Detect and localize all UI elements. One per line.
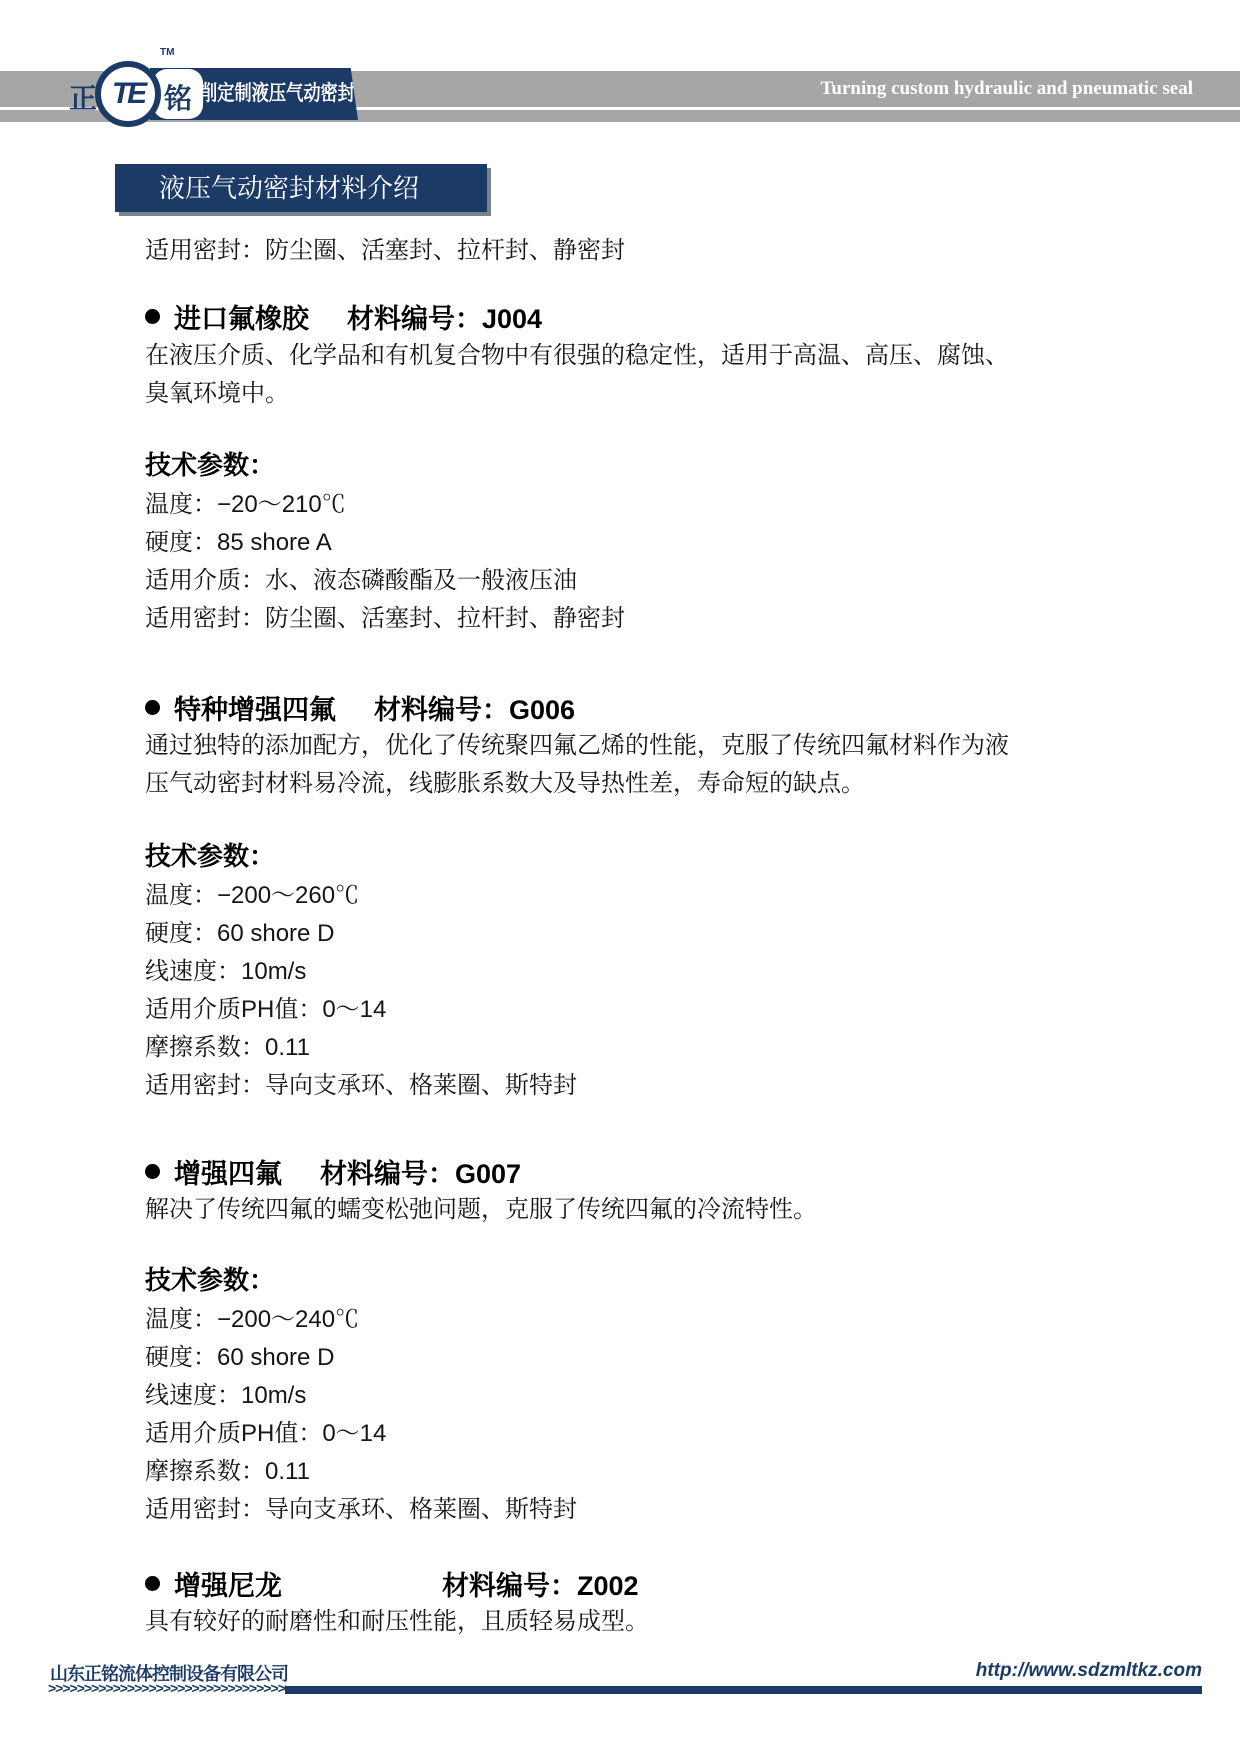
- desc-line: 具有较好的耐磨性和耐压性能，且质轻易成型。: [145, 1607, 649, 1637]
- param-line: 适用密封：导向支承环、格莱圈、斯特封: [145, 1071, 577, 1101]
- footer-rule-bar: [285, 1686, 1202, 1694]
- company-logo-icon: TE: [95, 61, 161, 127]
- page-title: 液压气动密封材料介绍: [115, 164, 487, 212]
- desc-line: 压气动密封材料易冷流，线膨胀系数大及导热性差，寿命短的缺点。: [145, 769, 865, 799]
- params-title: 技术参数：: [145, 450, 275, 480]
- section-heading: 增强四氟 材料编号：G007: [145, 1152, 521, 1191]
- desc-line: 通过独特的添加配方，优化了传统聚四氟乙烯的性能，克服了传统四氟材料作为液: [145, 731, 1009, 761]
- param-line: 温度：−200～260℃: [145, 881, 359, 911]
- material-code: 材料编号：G007: [320, 1152, 521, 1191]
- param-line: 硬度：60 shore D: [145, 1343, 334, 1373]
- param-line: 线速度：10m/s: [145, 1381, 306, 1411]
- section-heading: 增强尼龙 材料编号：Z002: [145, 1564, 639, 1603]
- desc-line: 臭氧环境中。: [145, 379, 289, 409]
- material-code: 材料编号：J004: [347, 297, 542, 336]
- material-name: 增强尼龙: [174, 1564, 282, 1603]
- header-english-slogan: Turning custom hydraulic and pneumatic s…: [820, 71, 1193, 107]
- desc-line: 在液压介质、化学品和有机复合物中有很强的稳定性，适用于高温、高压、腐蚀、: [145, 341, 1009, 371]
- desc-line: 解决了传统四氟的蠕变松弛问题，克服了传统四氟的冷流特性。: [145, 1195, 817, 1225]
- trademark-symbol: TM: [160, 47, 174, 58]
- param-line: 温度：−200～240℃: [145, 1305, 359, 1335]
- bullet-icon: [145, 309, 160, 324]
- logo-te-mark: TE: [101, 67, 155, 121]
- param-line: 线速度：10m/s: [145, 957, 306, 987]
- param-line: 适用介质：水、液态磷酸酯及一般液压油: [145, 566, 577, 596]
- param-line: 温度：−20～210℃: [145, 490, 346, 520]
- catalog-page: Turning custom hydraulic and pneumatic s…: [0, 0, 1240, 1754]
- logo-zheng-char: 正: [69, 77, 97, 117]
- param-line: 适用介质PH值：0～14: [145, 995, 386, 1025]
- param-line: 适用密封：防尘圈、活塞封、拉杆封、静密封: [145, 604, 625, 634]
- bullet-icon: [145, 1164, 160, 1179]
- bullet-icon: [145, 1576, 160, 1591]
- params-title: 技术参数：: [145, 841, 275, 871]
- material-code: 材料编号：Z002: [442, 1564, 639, 1603]
- param-line: 硬度：85 shore A: [145, 528, 332, 558]
- logo-ming-char: 铭: [164, 77, 192, 117]
- material-name: 增强四氟: [174, 1152, 282, 1191]
- footer-arrows-decoration: >>>>>>>>>>>>>>>>>>>>>>>>>>>>>>>>>>: [48, 1680, 286, 1696]
- param-line: 硬度：60 shore D: [145, 919, 334, 949]
- param-line: 适用密封：导向支承环、格莱圈、斯特封: [145, 1495, 577, 1525]
- bullet-icon: [145, 700, 160, 715]
- intro-line: 适用密封：防尘圈、活塞封、拉杆封、静密封: [145, 236, 625, 266]
- material-code: 材料编号：G006: [374, 688, 575, 727]
- footer-website-url[interactable]: http://www.sdzmltkz.com: [976, 1660, 1202, 1682]
- section-heading: 特种增强四氟 材料编号：G006: [145, 688, 575, 727]
- material-name: 进口氟橡胶: [174, 297, 309, 336]
- section-heading: 进口氟橡胶 材料编号：J004: [145, 297, 542, 336]
- params-title: 技术参数：: [145, 1265, 275, 1295]
- page-title-box: 液压气动密封材料介绍: [115, 164, 487, 212]
- param-line: 摩擦系数：0.11: [145, 1457, 310, 1487]
- param-line: 适用介质PH值：0～14: [145, 1419, 386, 1449]
- param-line: 摩擦系数：0.11: [145, 1033, 310, 1063]
- material-name: 特种增强四氟: [174, 688, 336, 727]
